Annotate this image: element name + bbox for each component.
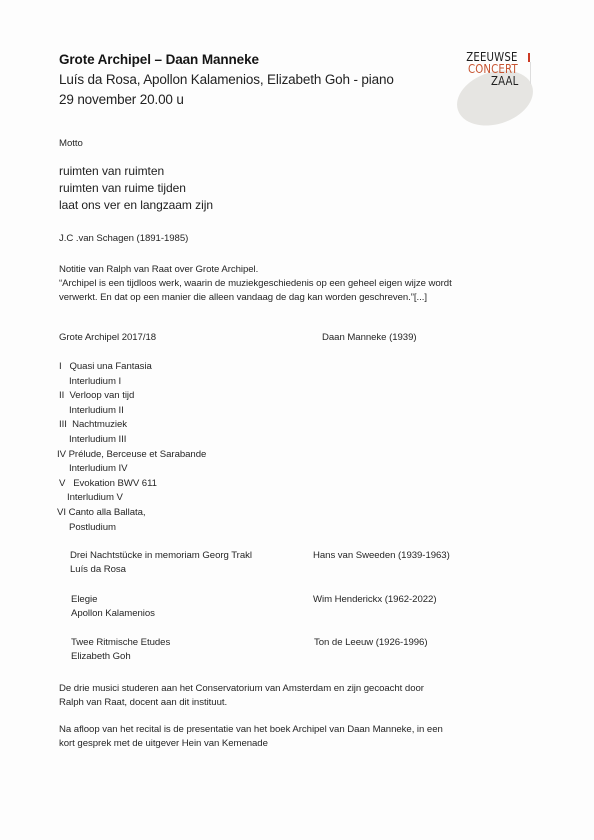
movement-item: III Nachtmuziek [59, 419, 127, 430]
main-work-composer: Daan Manneke (1939) [322, 332, 417, 343]
movement-item: II Verloop van tijd [59, 390, 134, 401]
work-composer: Wim Henderickx (1962-2022) [313, 594, 436, 605]
movement-item: V Evokation BWV 611 [59, 478, 157, 489]
work-title: Twee Ritmische Etudes [71, 637, 170, 648]
interlude-item: Postludium [69, 522, 116, 533]
performers-line: Luís da Rosa, Apollon Kalamenios, Elizab… [59, 72, 394, 87]
movement-item: VI Canto alla Ballata, [57, 507, 146, 518]
logo-text-line3: ZAAL [491, 74, 518, 87]
interlude-item: Interludium V [67, 492, 123, 503]
page-title: Grote Archipel – Daan Manneke [59, 52, 259, 67]
motto-author: J.C .van Schagen (1891-1985) [59, 233, 188, 244]
zeeuwse-concertzaal-logo: ZEEUWSE CONCERT ZAAL [450, 50, 550, 130]
motto-label: Motto [59, 138, 83, 149]
footer-paragraph-line: De drie musici studeren aan het Conserva… [59, 683, 424, 694]
work-title: Drei Nachtstücke in memoriam Georg Trakl [70, 550, 252, 561]
main-work-title: Grote Archipel 2017/18 [59, 332, 156, 343]
interlude-item: Interludium I [69, 376, 121, 387]
work-performer: Apollon Kalamenios [71, 608, 155, 619]
motto-line: ruimten van ruime tijden [59, 181, 186, 195]
logo-accent-bar [528, 53, 530, 62]
movement-item: IV Prélude, Berceuse et Sarabande [57, 449, 206, 460]
footer-paragraph-line: Na afloop van het recital is de presenta… [59, 724, 443, 735]
work-performer: Luís da Rosa [70, 564, 126, 575]
note-quote-line: “Archipel is een tijdloos werk, waarin d… [59, 278, 452, 289]
work-title: Elegie [71, 594, 97, 605]
concert-datetime: 29 november 20.00 u [59, 92, 184, 107]
work-performer: Elizabeth Goh [71, 651, 131, 662]
footer-paragraph-line: kort gesprek met de uitgever Hein van Ke… [59, 738, 268, 749]
interlude-item: Interludium IV [69, 463, 128, 474]
movement-item: I Quasi una Fantasia [59, 361, 152, 372]
motto-line: laat ons ver en langzaam zijn [59, 198, 213, 212]
work-composer: Hans van Sweeden (1939-1963) [313, 550, 450, 561]
motto-line: ruimten van ruimten [59, 164, 164, 178]
footer-paragraph-line: Ralph van Raat, docent aan dit instituut… [59, 697, 227, 708]
note-quote-line: verwerkt. En dat op een manier die allee… [59, 292, 427, 303]
interlude-item: Interludium II [69, 405, 124, 416]
interlude-item: Interludium III [69, 434, 126, 445]
logo-divider [530, 62, 531, 84]
note-heading: Notitie van Ralph van Raat over Grote Ar… [59, 264, 258, 275]
work-composer: Ton de Leeuw (1926-1996) [314, 637, 427, 648]
